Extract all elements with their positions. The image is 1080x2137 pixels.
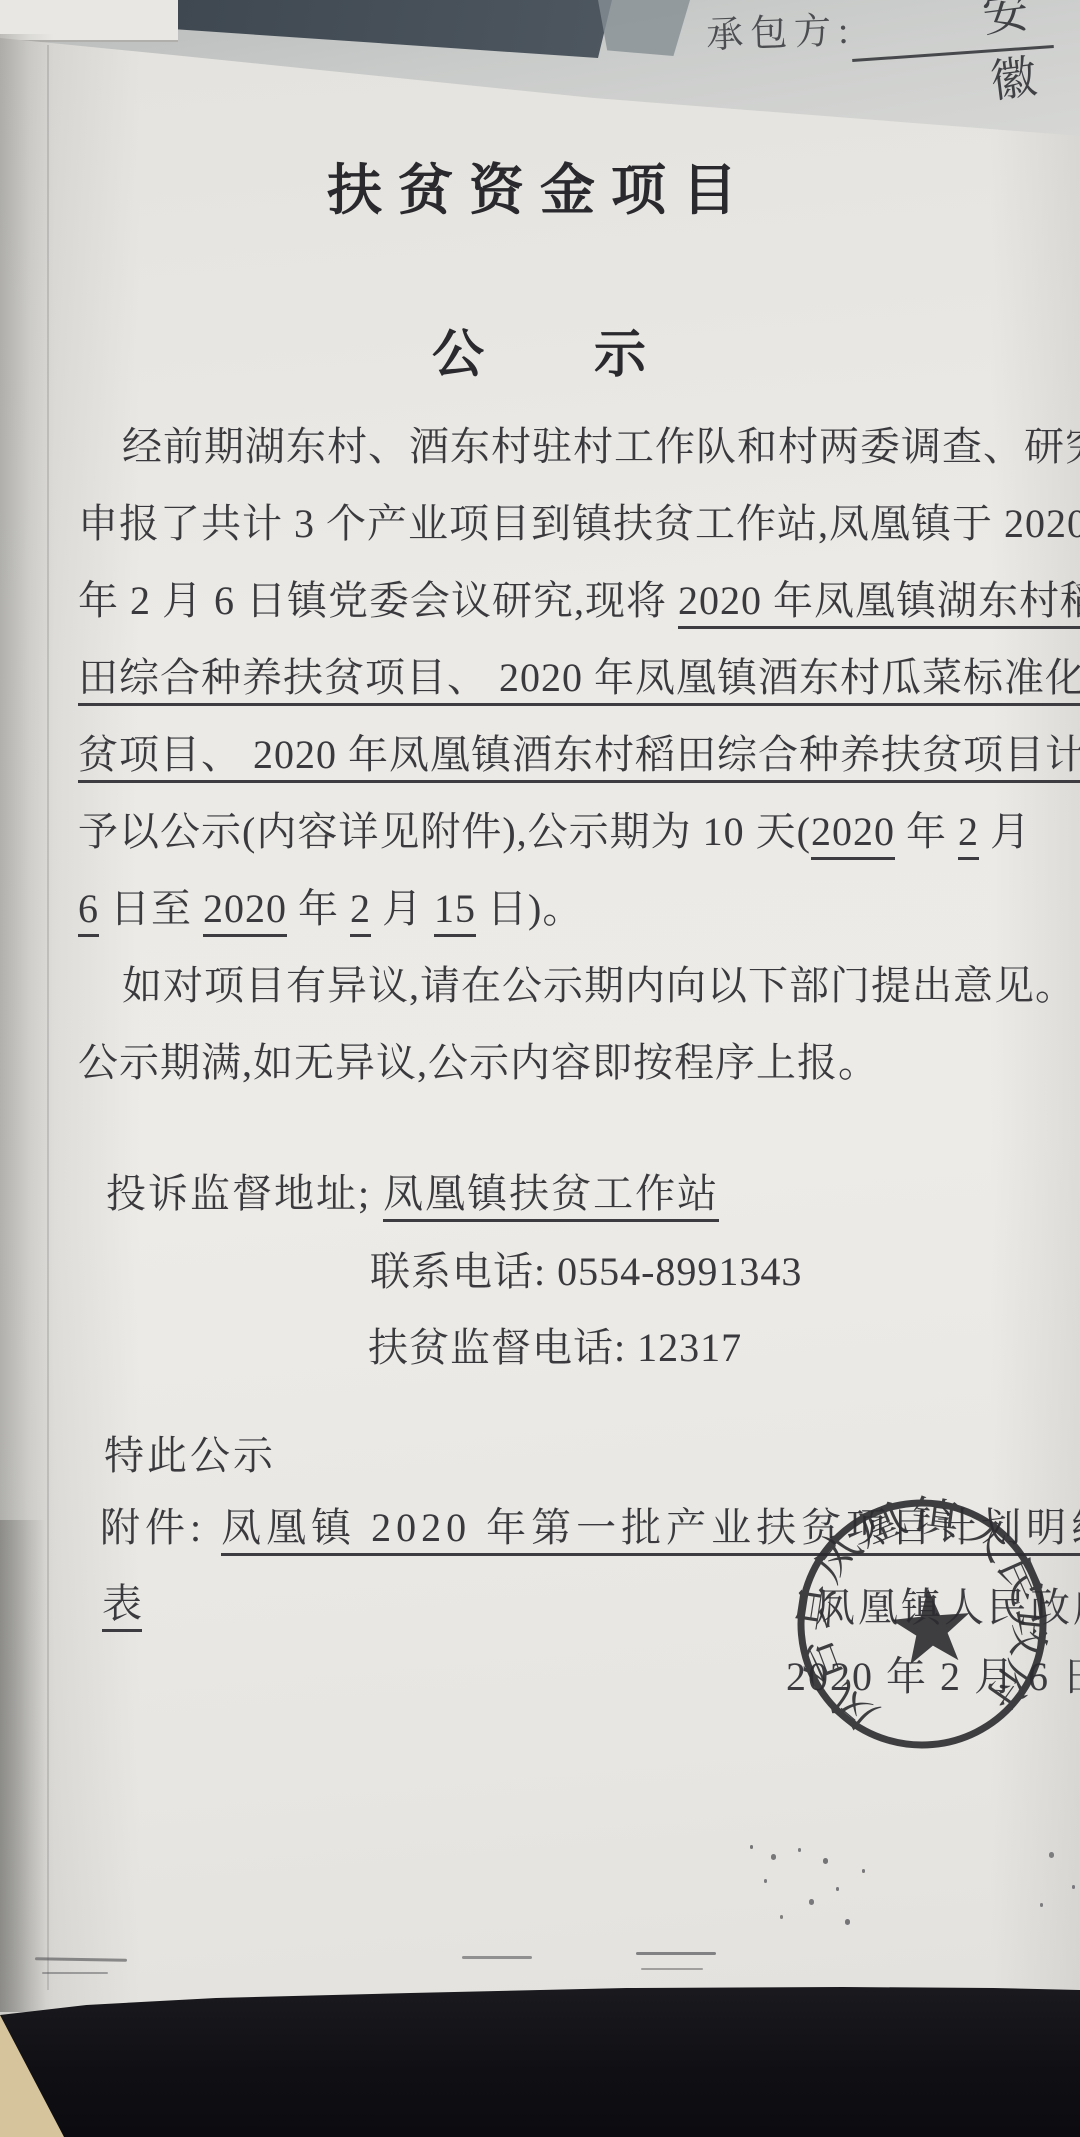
text-segment: 予以公示(内容详见附件),公示期为 10 天( [78,809,811,854]
text-segment: 表 [102,1581,142,1632]
text-segment: 月 [371,886,434,931]
supervision-hotline-line: 扶贫监督电话: 12317 [368,1316,742,1373]
text-segment: 日)。 [476,886,583,931]
text-segment: 投诉监督地址; [106,1171,383,1216]
photocopy-mark [641,1968,703,1970]
left-edge-shadow-dark [0,1520,46,2012]
text-segment: 月 [979,809,1031,854]
text-segment: 2 [958,809,979,860]
text-segment: 如对项目有异议,请在公示期内向以下部门提出意见。 [122,963,1076,1008]
contact-phone-line: 联系电话: 0554-8991343 [370,1240,802,1297]
official-seal: 凤台县凤凰镇人民政府 [759,1461,1080,1786]
notice-page: 扶贫资金项目 公 示 经前期湖东村、酒东村驻村工作队和村两委调查、研究, 申报了… [0,0,1080,2137]
text-segment: 田综合种养扶贫项目、 2020 年凤凰镇酒东村瓜菜标准化扶 [78,655,1080,706]
body-line: 6 日至 2020 年 2 月 15 日)。 [78,870,1080,947]
text-segment: 15 [434,886,476,937]
text-segment: 年 [287,886,350,931]
photocopy-mark [636,1952,716,1955]
text-segment: 申报了共计 3 个产业项目到镇扶贫工作站,凤凰镇于 2020 [78,501,1080,546]
page-heading: 公 示 [0,312,1080,387]
body-line: 年 2 月 6 日镇党委会议研究,现将 2020 年凤凰镇湖东村稻 [78,562,1080,639]
body-line: 予以公示(内容详见附件),公示期为 10 天(2020 年 2 月 [78,793,1080,870]
body-line: 贫项目、 2020 年凤凰镇酒东村稻田综合种养扶贫项目计划 [78,716,1080,793]
photocopy-mark [462,1956,532,1959]
text-segment: 经前期湖东村、酒东村驻村工作队和村两委调查、研究, [122,424,1080,469]
text-segment: 2020 [811,809,895,860]
photocopy-speckles [750,1845,753,1849]
body-line: 经前期湖东村、酒东村驻村工作队和村两委调查、研究, [78,408,1080,485]
text-segment: 6 [78,886,99,937]
contractor-label: 承包方: [705,0,856,59]
complaint-address-line: 投诉监督地址; 凤凰镇扶贫工作站 [106,1162,719,1219]
seal-ring-text: 凤台县凤凰镇人民政府 [779,1481,1063,1744]
body-text: 经前期湖东村、酒东村驻村工作队和村两委调查、研究, 申报了共计 3 个产业项目到… [78,408,1080,1101]
star-icon [889,1585,973,1666]
attachment-line-2: 表 [102,1572,142,1629]
text-segment: 年 [895,809,958,854]
body-line: 申报了共计 3 个产业项目到镇扶贫工作站,凤凰镇于 2020 [78,485,1080,562]
cropped-corner-text: 安徽 [978,0,1080,111]
text-segment: 2 [350,886,371,937]
text-segment: 公示期满,如无异议,公示内容即按程序上报。 [78,1040,879,1085]
body-line: 如对项目有异议,请在公示期内向以下部门提出意见。 [78,947,1080,1024]
text-segment: 贫项目、 2020 年凤凰镇酒东村稻田综合种养扶贫项目计划 [78,732,1080,783]
text-segment: 附件: [100,1505,221,1550]
page-title: 扶贫资金项目 [0,146,1080,225]
closing-line: 特此公示 [104,1424,276,1481]
text-segment: 日至 [99,886,203,931]
text-segment: 2020 [203,886,287,937]
body-line: 田综合种养扶贫项目、 2020 年凤凰镇酒东村瓜菜标准化扶 [78,639,1080,716]
text-segment: 2020 年凤凰镇湖东村稻 [678,578,1080,629]
text-segment: 凤凰镇扶贫工作站 [383,1171,719,1222]
shadow-slab [598,0,690,56]
text-segment: 年 2 月 6 日镇党委会议研究,现将 [78,578,678,623]
body-line: 公示期满,如无异议,公示内容即按程序上报。 [78,1024,1080,1101]
document-photo: 承包方: 安徽 扶贫资金项目 公 示 经前期湖东村、酒东村驻村工作队和村两委调查… [0,0,1080,2137]
